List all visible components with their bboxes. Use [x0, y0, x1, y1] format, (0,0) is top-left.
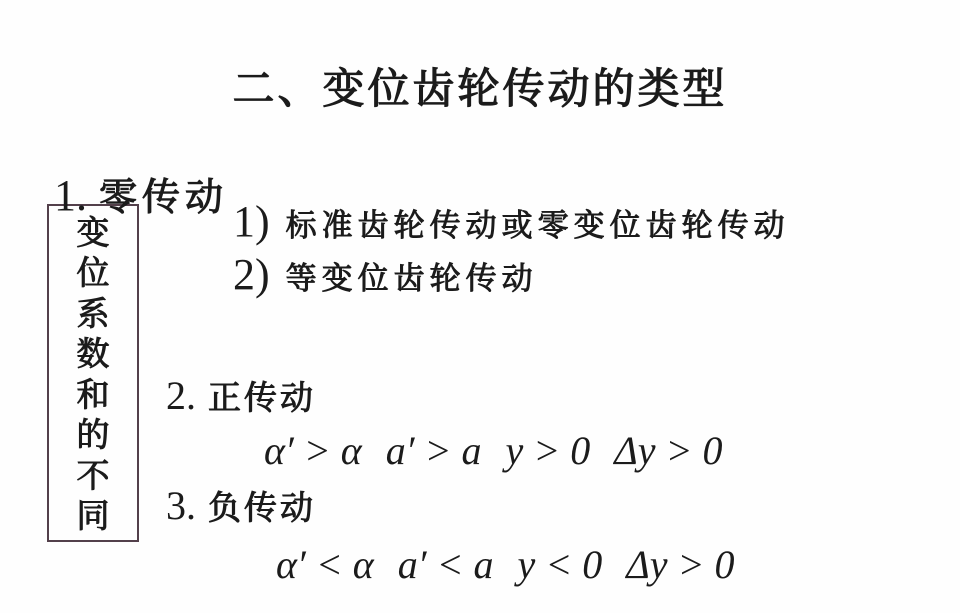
formula-term: a′ < a: [398, 543, 494, 587]
slide: 二、变位齿轮传动的类型 1. 零传动 变 位 系 数 和 的 不 同 1) 标准…: [0, 0, 960, 613]
side-note-char: 位: [77, 256, 110, 289]
section-zero-drive-label: 零传动: [99, 166, 228, 221]
formula-term: α′ < α: [276, 543, 374, 587]
formula-negative-drive: α′ < α a′ < a y < 0 Δy > 0: [276, 543, 734, 587]
section-negative-drive: 3. 负传动: [166, 482, 316, 529]
section-positive-drive-number: 2.: [166, 372, 196, 419]
zero-drive-item-1: 1) 标准齿轮传动或零变位齿轮传动: [233, 196, 790, 247]
formula-term: Δy > 0: [614, 429, 722, 473]
formula-term: y < 0: [517, 543, 602, 587]
side-note-char: 的: [77, 418, 110, 451]
formula-term: Δy > 0: [626, 543, 734, 587]
section-negative-drive-label: 负传动: [208, 482, 316, 529]
zero-drive-item-2-number: 2): [233, 249, 270, 300]
formula-term: α′ > α: [264, 429, 362, 473]
zero-drive-item-1-text: 标准齿轮传动或零变位齿轮传动: [286, 200, 790, 245]
side-note-box: 变 位 系 数 和 的 不 同: [47, 204, 139, 542]
formula-positive-drive: α′ > α a′ > a y > 0 Δy > 0: [264, 429, 722, 473]
section-positive-drive: 2. 正传动: [166, 372, 316, 419]
zero-drive-item-2-text: 等变位齿轮传动: [286, 253, 538, 298]
slide-title: 二、变位齿轮传动的类型: [0, 56, 960, 116]
side-note-char: 数: [77, 337, 110, 370]
zero-drive-item-2: 2) 等变位齿轮传动: [233, 249, 538, 300]
section-zero-drive-number: 1.: [54, 170, 87, 221]
side-note-char: 系: [77, 297, 110, 330]
zero-drive-item-1-number: 1): [233, 196, 270, 247]
section-zero-drive: 1. 零传动: [54, 166, 228, 221]
formula-term: y > 0: [505, 429, 590, 473]
formula-term: a′ > a: [386, 429, 482, 473]
side-note-char: 同: [77, 499, 110, 532]
side-note-char: 不: [77, 459, 110, 492]
section-positive-drive-label: 正传动: [208, 372, 316, 419]
section-negative-drive-number: 3.: [166, 482, 196, 529]
side-note-char: 和: [77, 378, 110, 411]
